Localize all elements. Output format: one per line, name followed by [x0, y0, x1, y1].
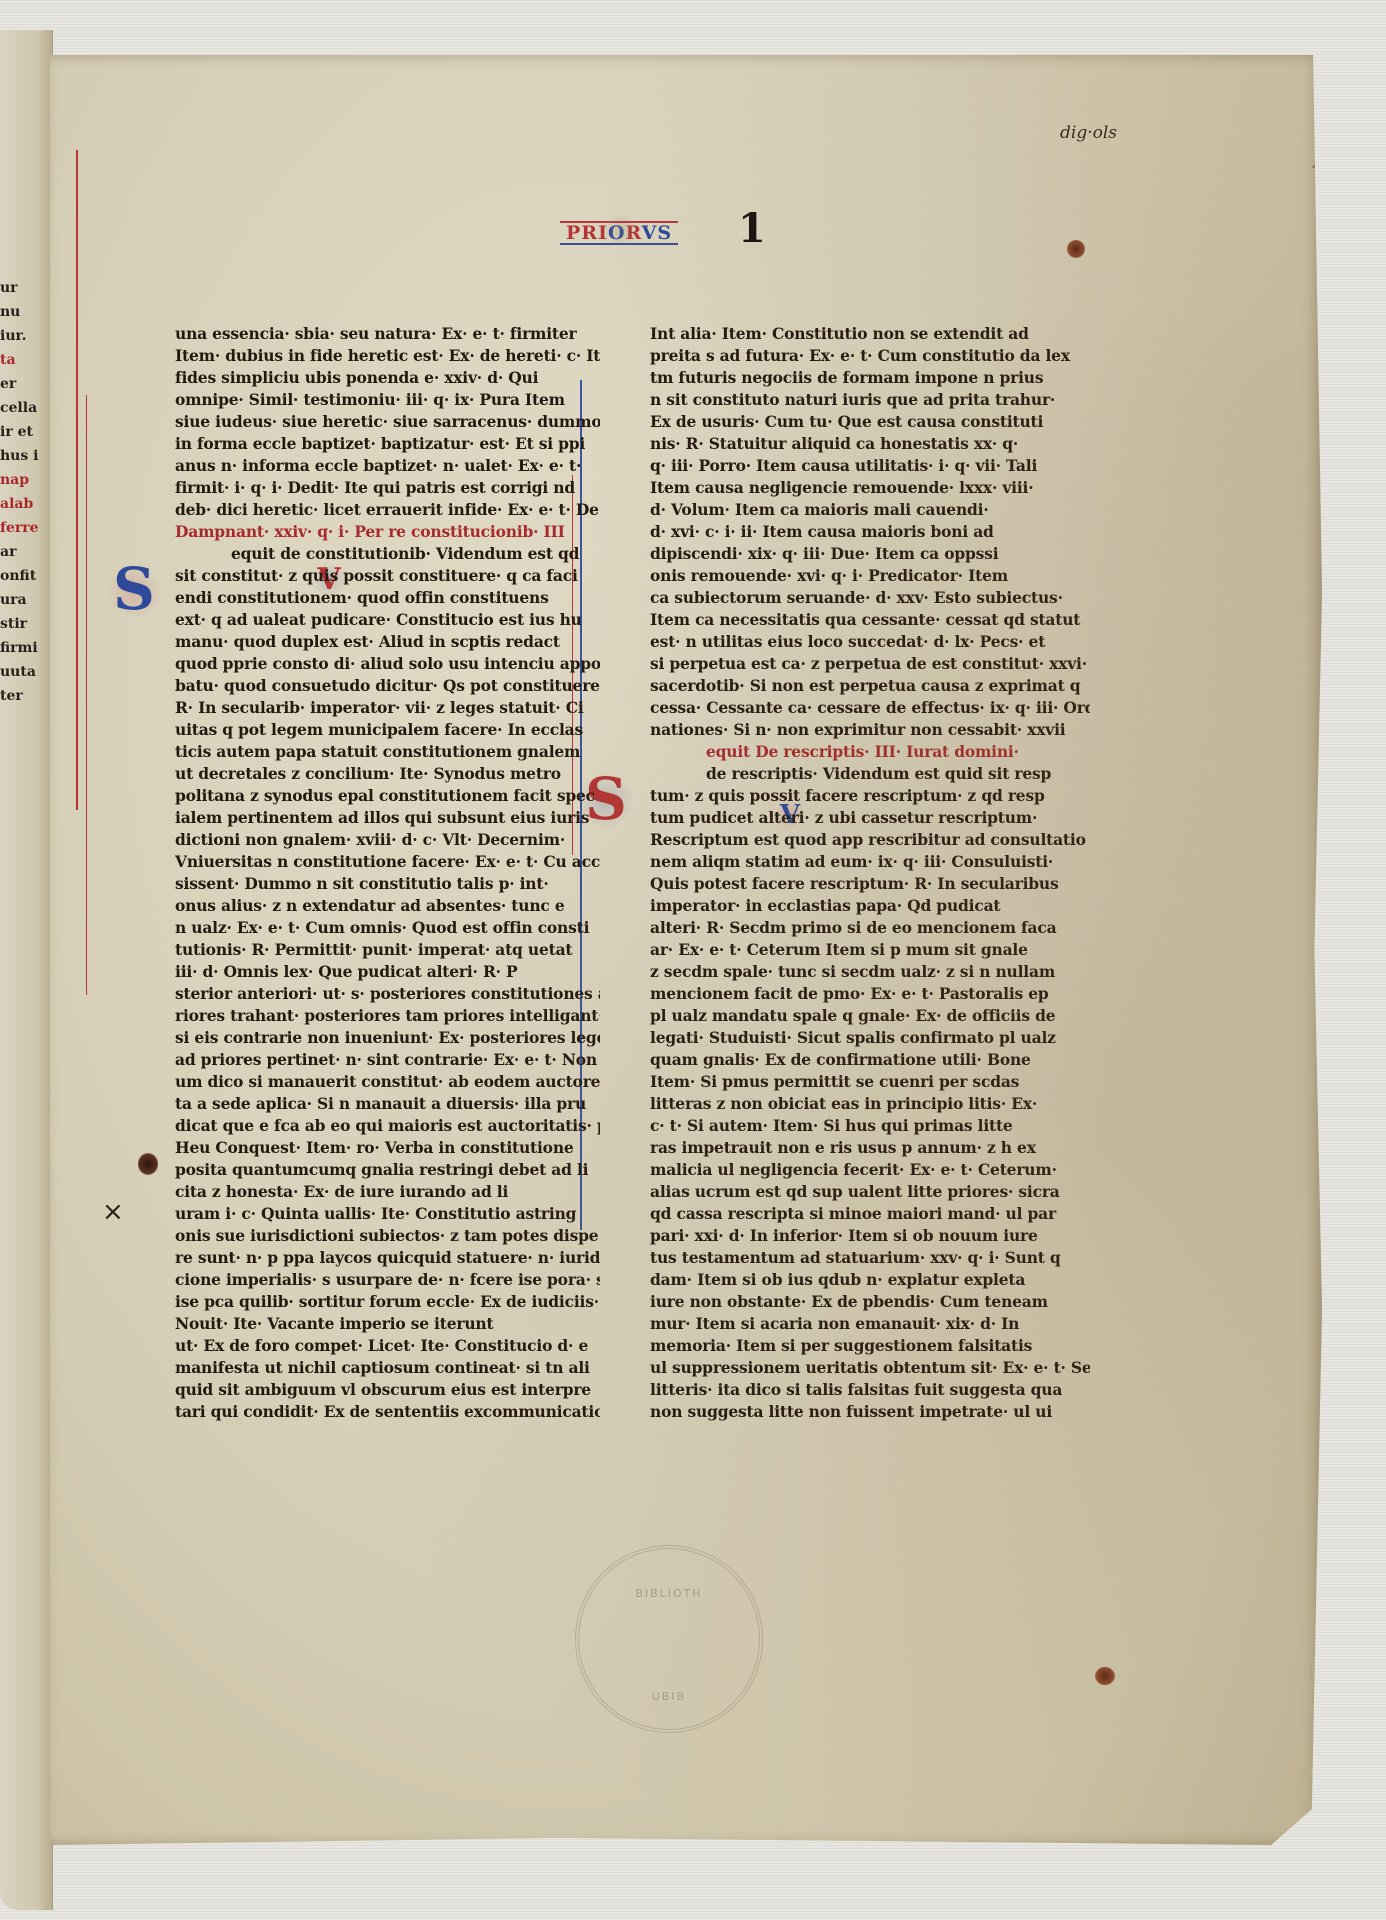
manuscript-page: dig·ols 2 PRIORVS 1 S V S V una essencia…: [50, 55, 1322, 1845]
margin-cross-mark: ×: [102, 1197, 124, 1227]
text-line: de rescriptis· Videndum est quid sit res…: [650, 763, 1090, 785]
text-line: imperator· in ecclastias papa· Qd pudica…: [650, 895, 1090, 917]
text-line: ul suppressionem ueritatis obtentum sit·…: [650, 1357, 1090, 1379]
previous-leaf-fragment: ter: [0, 688, 23, 704]
text-line: litteras z non obiciat eas in principio …: [650, 1093, 1090, 1115]
text-line: ut· Ex de foro compet· Licet· Ite· Const…: [175, 1335, 600, 1357]
text-line: equit de constitutionib· Videndum est qd: [175, 543, 600, 565]
previous-leaf-fragment: uuta: [0, 664, 36, 680]
text-line: dam· Item si ob ius qdub n· explatur exp…: [650, 1269, 1090, 1291]
text-line: equit De rescriptis· III· Iurat domini·: [650, 741, 1090, 763]
previous-leaf-fragment: ir et: [0, 424, 33, 440]
text-line: nem aliqm statim ad eum· ix· q· iii· Con…: [650, 851, 1090, 873]
text-line: est· n utilitas eius loco succedat· d· l…: [650, 631, 1090, 653]
text-line: nationes· Si n· non exprimitur non cessa…: [650, 719, 1090, 741]
text-line: Heu Conquest· Item· ro· Verba in constit…: [175, 1137, 600, 1159]
text-line: cessa· Cessante ca· cessare de effectus·…: [650, 697, 1090, 719]
text-line: ext· q ad ualeat pudicare· Constitucio e…: [175, 609, 600, 631]
text-line: malicia ul negligencia fecerit· Ex· e· t…: [650, 1159, 1090, 1181]
previous-leaf-fragment: ferre: [0, 520, 39, 536]
text-line: anus n· informa eccle baptizet· n· ualet…: [175, 455, 600, 477]
folio-mark: 1: [738, 205, 766, 252]
previous-leaf-fragment: ur: [0, 280, 18, 296]
text-line: Ex de usuris· Cum tu· Que est causa cons…: [650, 411, 1090, 433]
text-line: re sunt· n· p ppa laycos quicquid statue…: [175, 1247, 600, 1269]
text-line: litteris· ita dico si talis falsitas fui…: [650, 1379, 1090, 1401]
text-line: ut decretales z concilium· Ite· Synodus …: [175, 763, 600, 785]
penwork-flourish-left-inner: [86, 395, 87, 995]
text-line: ticis autem papa statuit constitutionem …: [175, 741, 600, 763]
initial-S-constitutionibus: S: [108, 560, 160, 622]
previous-leaf-fragment: nu: [0, 304, 20, 320]
text-line: Item· Si pmus permittit se cuenri per sc…: [650, 1071, 1090, 1093]
text-line: memoria· Item si per suggestionem falsit…: [650, 1335, 1090, 1357]
text-line: mur· Item si acaria non emanauit· xix· d…: [650, 1313, 1090, 1335]
text-line: iii· d· Omnis lex· Que pudicat alteri· R…: [175, 961, 600, 983]
text-line: omnipe· Simil· testimoniu· iii· q· ix· P…: [175, 389, 600, 411]
text-line: c· t· Si autem· Item· Si hus qui primas …: [650, 1115, 1090, 1137]
text-line: in forma eccle baptizet· baptizatur· est…: [175, 433, 600, 455]
text-line: preita s ad futura· Ex· e· t· Cum consti…: [650, 345, 1090, 367]
library-stamp: BIBLIOTH UBIB: [575, 1545, 763, 1733]
text-line: sissent· Dummo n sit constitutio talis p…: [175, 873, 600, 895]
text-line: fides simpliciu ubis ponenda e· xxiv· d·…: [175, 367, 600, 389]
text-line: Item ca necessitatis qua cessante· cessa…: [650, 609, 1090, 631]
text-line: quam gnalis· Ex de confirmatione utili· …: [650, 1049, 1090, 1071]
text-line: n ualz· Ex· e· t· Cum omnis· Quod est of…: [175, 917, 600, 939]
text-line: qd cassa rescripta si minoe maiori mand·…: [650, 1203, 1090, 1225]
text-line: onis sue iurisdictioni subiectos· z tam …: [175, 1225, 600, 1247]
previous-leaf-edge: urnuiur.taercellair ethus inapalabferrea…: [0, 30, 53, 1910]
previous-leaf-fragment: iur.: [0, 328, 26, 344]
previous-leaf-fragment: onfit: [0, 568, 36, 584]
text-line: sit constitut· z quis possit constituere…: [175, 565, 600, 587]
previous-leaf-fragment: nap: [0, 472, 29, 488]
text-line: dicat que e fca ab eo qui maioris est au…: [175, 1115, 600, 1137]
text-line: dictioni non gnalem· xviii· d· c· Vlt· D…: [175, 829, 600, 851]
previous-leaf-fragment: firmi: [0, 640, 38, 656]
text-line: Vniuersitas n constitutione facere· Ex· …: [175, 851, 600, 873]
text-line: tutionis· R· Permittit· punit· imperat· …: [175, 939, 600, 961]
text-line: tus testamentum ad statuarium· xxv· q· i…: [650, 1247, 1090, 1269]
text-line: tm futuris negociis de formam impone n p…: [650, 367, 1090, 389]
text-line: Item· dubius in fide heretic est· Ex· de…: [175, 345, 600, 367]
text-line: mencionem facit de pmo· Ex· e· t· Pastor…: [650, 983, 1090, 1005]
stamp-bottom-text: UBIB: [579, 1690, 759, 1703]
text-line: R· In secularib· imperator· vii· z leges…: [175, 697, 600, 719]
ink-stain-top: [1067, 240, 1085, 258]
text-line: manifesta ut nichil captiosum contineat·…: [175, 1357, 600, 1379]
text-column-right: Int alia· Item· Constitutio non se exten…: [650, 323, 1090, 1423]
previous-leaf-fragment: alab: [0, 496, 33, 512]
text-line: tum pudicet alteri· z ubi cassetur rescr…: [650, 807, 1090, 829]
text-line: onis remouende· xvi· q· i· Predicator· I…: [650, 565, 1090, 587]
text-line: Item causa negligencie remouende· lxxx· …: [650, 477, 1090, 499]
text-line: uitas q pot legem municipalem facere· In…: [175, 719, 600, 741]
text-line: batu· quod consuetudo dicitur· Qs pot co…: [175, 675, 600, 697]
text-line: alias ucrum est qd sup ualent litte prio…: [650, 1181, 1090, 1203]
text-line: Quis potest facere rescriptum· R· In sec…: [650, 873, 1090, 895]
text-column-left: una essencia· sbia· seu natura· Ex· e· t…: [175, 323, 600, 1423]
text-line: dipiscendi· xix· q· iii· Due· Item ca op…: [650, 543, 1090, 565]
text-line: Int alia· Item· Constitutio non se exten…: [650, 323, 1090, 345]
previous-leaf-fragment: er: [0, 376, 16, 392]
penwork-flourish-left: [76, 150, 78, 810]
text-line: riores trahant· posteriores tam priores …: [175, 1005, 600, 1027]
text-line: Rescriptum est quod app rescribitur ad c…: [650, 829, 1090, 851]
text-line: ad priores pertinet· n· sint contrarie· …: [175, 1049, 600, 1071]
text-line: ise pca quilib· sortitur forum eccle· Ex…: [175, 1291, 600, 1313]
text-line: sacerdotib· Si non est perpetua causa z …: [650, 675, 1090, 697]
text-line: pari· xxi· d· In inferior· Item si ob no…: [650, 1225, 1090, 1247]
text-line: si perpetua est ca· z perpetua de est co…: [650, 653, 1090, 675]
previous-leaf-fragment: hus i: [0, 448, 38, 464]
text-line: n sit constituto naturi iuris que ad pri…: [650, 389, 1090, 411]
text-line: Dampnant· xxiv· q· i· Per re constitucio…: [175, 521, 600, 543]
stamp-top-text: BIBLIOTH: [579, 1587, 759, 1600]
text-line: uram i· c· Quinta uallis· Ite· Constitut…: [175, 1203, 600, 1225]
text-line: Nouit· Ite· Vacante imperio se iterunt: [175, 1313, 600, 1335]
water-stain: [600, 215, 640, 245]
text-line: deb· dici heretic· licet errauerit infid…: [175, 499, 600, 521]
ink-stain-margin: [138, 1153, 158, 1175]
text-line: onus alius· z n extendatur ad absentes· …: [175, 895, 600, 917]
text-line: z secdm spale· tunc si secdm ualz· z si …: [650, 961, 1090, 983]
text-line: manu· quod duplex est· Aliud in scptis r…: [175, 631, 600, 653]
text-line: ialem pertinentem ad illos qui subsunt e…: [175, 807, 600, 829]
ink-stain-bottom: [1095, 1667, 1115, 1685]
text-line: iure non obstante· Ex de pbendis· Cum te…: [650, 1291, 1090, 1313]
text-line: nis· R· Statuitur aliquid ca honestatis …: [650, 433, 1090, 455]
text-line: cione imperialis· s usurpare de· n· fcer…: [175, 1269, 600, 1291]
previous-leaf-fragment: ar: [0, 544, 16, 560]
text-line: politana z synodus epal constitutionem f…: [175, 785, 600, 807]
text-line: um dico si manauerit constitut· ab eodem…: [175, 1071, 600, 1093]
text-line: posita quantumcumq gnalia restringi debe…: [175, 1159, 600, 1181]
text-line: q· iii· Porro· Item causa utilitatis· i·…: [650, 455, 1090, 477]
text-line: firmit· i· q· i· Dedit· Ite qui patris e…: [175, 477, 600, 499]
text-line: legati· Studuisti· Sicut spalis confirma…: [650, 1027, 1090, 1049]
text-line: una essencia· sbia· seu natura· Ex· e· t…: [175, 323, 600, 345]
running-head-part: VS: [642, 222, 672, 244]
text-line: non suggesta litte non fuissent impetrat…: [650, 1401, 1090, 1423]
text-line: sterior anteriori· ut· s· posteriores co…: [175, 983, 600, 1005]
text-line: ca subiectorum seruande· d· xxv· Esto su…: [650, 587, 1090, 609]
text-line: quod pprie consto di· aliud solo usu int…: [175, 653, 600, 675]
text-line: d· xvi· c· i· ii· Item causa maioris bon…: [650, 521, 1090, 543]
text-line: siue iudeus· siue heretic· siue sarracen…: [175, 411, 600, 433]
text-line: tari qui condidit· Ex de sententiis exco…: [175, 1401, 600, 1423]
text-line: alteri· R· Secdm primo si de eo mencione…: [650, 917, 1090, 939]
text-line: quid sit ambiguum vl obscurum eius est i…: [175, 1379, 600, 1401]
previous-leaf-fragment: stir: [0, 616, 27, 632]
text-line: pl ualz mandatu spale q gnale· Ex· de of…: [650, 1005, 1090, 1027]
previous-leaf-fragment: cella: [0, 400, 37, 416]
text-line: ta a sede aplica· Si n manauit a diuersi…: [175, 1093, 600, 1115]
text-line: si eis contrarie non inueniunt· Ex· post…: [175, 1027, 600, 1049]
shelfmark-note: dig·ols: [1060, 123, 1117, 143]
previous-leaf-fragment: ta: [0, 352, 16, 368]
text-line: cita z honesta· Ex· de iure iurando ad l…: [175, 1181, 600, 1203]
text-line: endi constitutionem· quod offin constitu…: [175, 587, 600, 609]
text-line: d· Volum· Item ca maioris mali cauendi·: [650, 499, 1090, 521]
text-line: ras impetrauit non e ris usus p annum· z…: [650, 1137, 1090, 1159]
previous-leaf-fragment: ura: [0, 592, 27, 608]
text-line: ar· Ex· e· t· Ceterum Item si p mum sit …: [650, 939, 1090, 961]
text-line: tum· z quis possit facere rescriptum· z …: [650, 785, 1090, 807]
